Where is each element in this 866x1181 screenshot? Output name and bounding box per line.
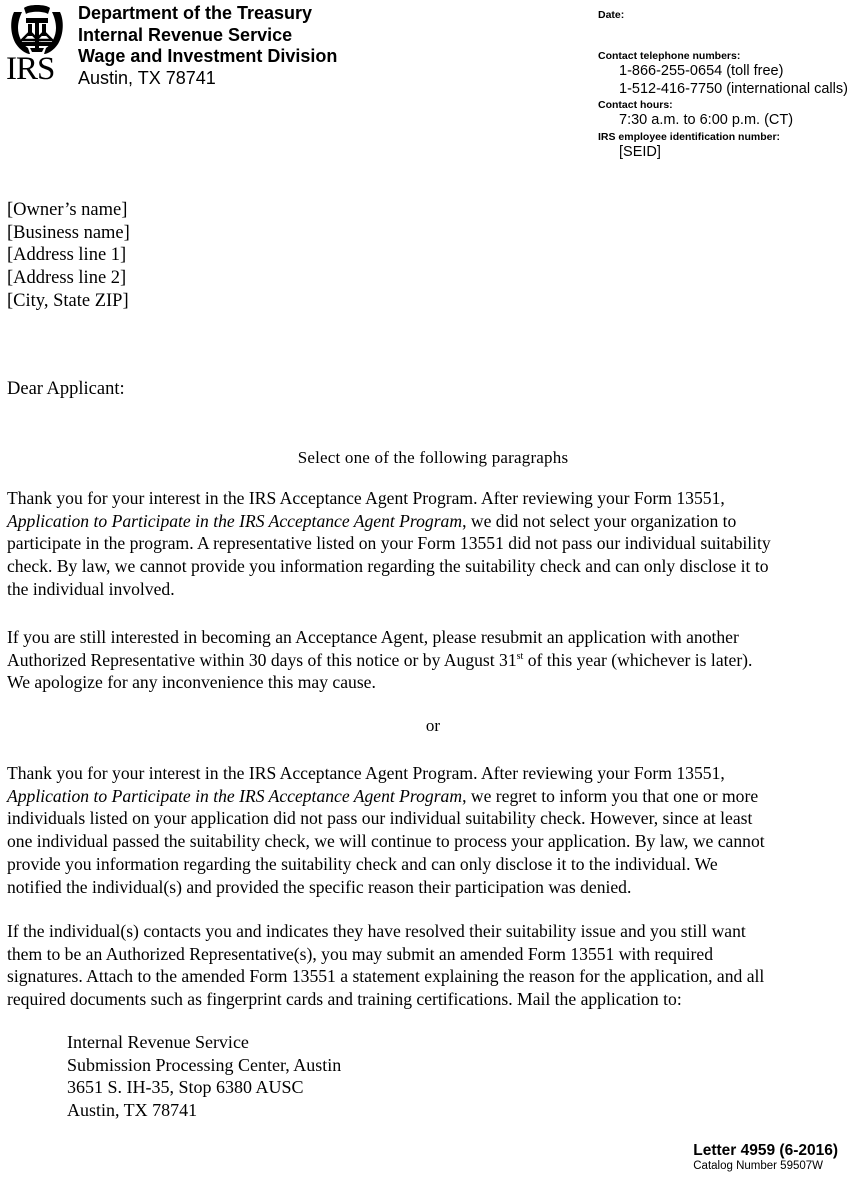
recipient-address: [Owner’s name] [Business name] [Address …	[7, 199, 130, 313]
select-paragraph-note: Select one of the following paragraphs	[0, 448, 866, 468]
text-fragment: of this year (whichever is later).	[523, 650, 752, 670]
text-line: Application to Participate in the IRS Ac…	[7, 510, 865, 533]
phone-toll-free: 1-866-255-0654 (toll free)	[598, 63, 848, 81]
text-fragment: , we did not select your organization to	[462, 511, 736, 531]
text-line: Application to Participate in the IRS Ac…	[7, 785, 865, 808]
text-line: provide you information regarding the su…	[7, 853, 865, 876]
option-1-paragraph-2: If you are still interested in becoming …	[7, 626, 865, 694]
text-fragment: , we regret to inform you that one or mo…	[462, 786, 758, 806]
irs-eagle-emblem-icon	[8, 4, 66, 56]
option-2-paragraph-2: If the individual(s) contacts you and in…	[7, 920, 865, 1011]
text-line: the individual involved.	[7, 578, 865, 601]
option-1-paragraph-1: Thank you for your interest in the IRS A…	[7, 487, 865, 601]
salutation: Dear Applicant:	[7, 378, 125, 400]
date-value	[598, 22, 848, 49]
letter-number: Letter 4959 (6-2016)	[693, 1142, 838, 1159]
agency-division: Wage and Investment Division	[78, 46, 337, 68]
text-line: notified the individual(s) and provided …	[7, 876, 865, 899]
letter-footer: Letter 4959 (6-2016) Catalog Number 5950…	[693, 1142, 838, 1173]
text-line: participate in the program. A representa…	[7, 532, 865, 555]
mailing-address: Internal Revenue Service Submission Proc…	[67, 1031, 341, 1121]
employee-id-value: [SEID]	[598, 144, 848, 162]
form-title-italic: Application to Participate in the IRS Ac…	[7, 786, 462, 806]
text-line: one individual passed the suitability ch…	[7, 830, 865, 853]
recipient-owner-name: [Owner’s name]	[7, 199, 130, 222]
text-line: signatures. Attach to the amended Form 1…	[7, 965, 865, 988]
recipient-business-name: [Business name]	[7, 222, 130, 245]
agency-city: Austin, TX 78741	[78, 68, 337, 90]
mail-address-line: Submission Processing Center, Austin	[67, 1054, 341, 1077]
text-line: If you are still interested in becoming …	[7, 626, 865, 649]
form-title-italic: Application to Participate in the IRS Ac…	[7, 511, 462, 531]
phone-international: 1-512-416-7750 (international calls)	[598, 81, 848, 99]
text-line: We apologize for any inconvenience this …	[7, 671, 865, 694]
mail-address-line: Internal Revenue Service	[67, 1031, 341, 1054]
text-line: them to be an Authorized Representative(…	[7, 943, 865, 966]
agency-department: Department of the Treasury	[78, 3, 337, 25]
agency-service: Internal Revenue Service	[78, 25, 337, 47]
mail-address-line: Austin, TX 78741	[67, 1099, 341, 1122]
irs-logo: IRS	[6, 4, 70, 86]
text-line: Thank you for your interest in the IRS A…	[7, 762, 865, 785]
text-line: If the individual(s) contacts you and in…	[7, 920, 865, 943]
hours-value: 7:30 a.m. to 6:00 p.m. (CT)	[598, 112, 848, 130]
mail-address-line: 3651 S. IH-35, Stop 6380 AUSC	[67, 1076, 341, 1099]
recipient-address-line-2: [Address line 2]	[7, 267, 130, 290]
recipient-address-line-1: [Address line 1]	[7, 244, 130, 267]
catalog-number: Catalog Number 59507W	[693, 1159, 838, 1173]
text-line: individuals listed on your application d…	[7, 807, 865, 830]
text-fragment: Authorized Representative within 30 days…	[7, 650, 517, 670]
recipient-city-state-zip: [City, State ZIP]	[7, 290, 130, 313]
or-separator: or	[0, 716, 866, 736]
agency-header: Department of the Treasury Internal Reve…	[78, 3, 337, 89]
irs-logo-text: IRS	[6, 52, 54, 86]
phone-label: Contact telephone numbers:	[598, 49, 848, 63]
text-line: required documents such as fingerprint c…	[7, 988, 865, 1011]
contact-info: Date: Contact telephone numbers: 1-866-2…	[598, 8, 848, 161]
text-line: Thank you for your interest in the IRS A…	[7, 487, 865, 510]
employee-id-label: IRS employee identification number:	[598, 130, 848, 144]
date-label: Date:	[598, 8, 848, 22]
text-line: Authorized Representative within 30 days…	[7, 649, 865, 672]
hours-label: Contact hours:	[598, 98, 848, 112]
option-2-paragraph-1: Thank you for your interest in the IRS A…	[7, 762, 865, 898]
text-line: check. By law, we cannot provide you inf…	[7, 555, 865, 578]
